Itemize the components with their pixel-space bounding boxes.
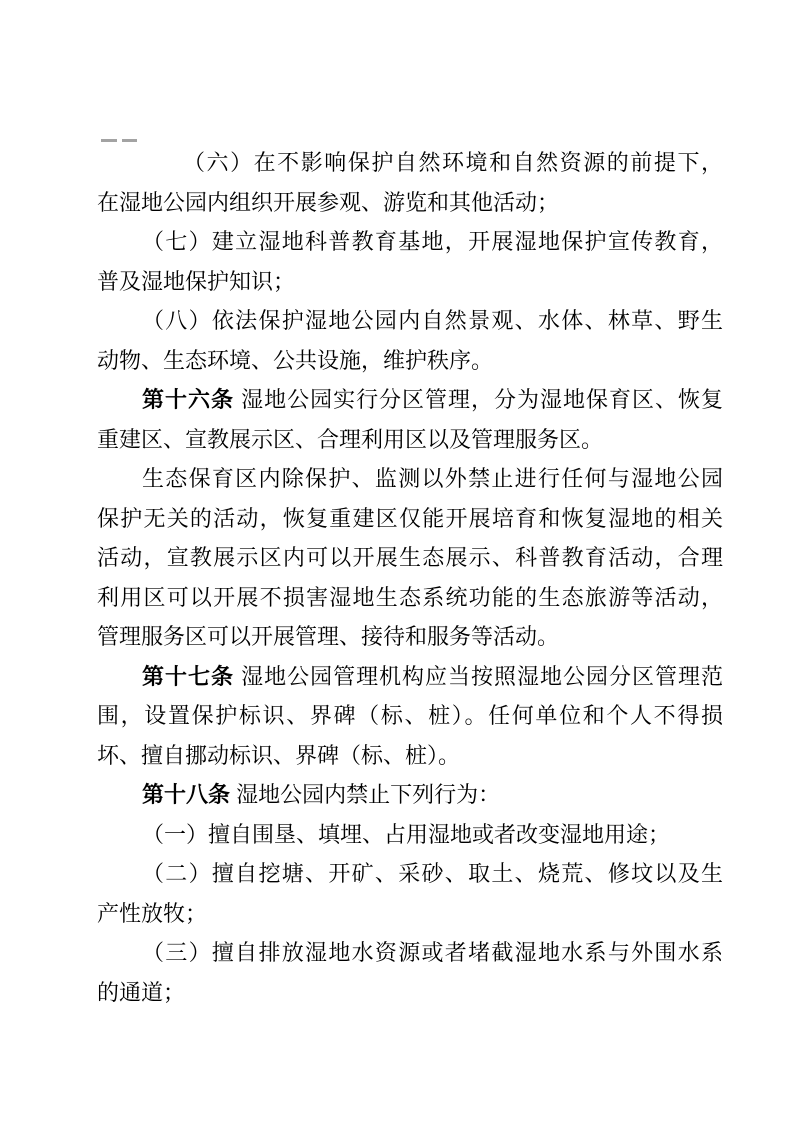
article-16-zones-line-1: 生态保育区内除保护、监测以外禁止进行任何与湿地公园 — [97, 459, 723, 499]
article-16-zones-line-4: 利用区可以开展不损害湿地生态系统功能的生态旅游等活动， — [97, 578, 723, 618]
article-17-line-2: 围，设置保护标识、界碑（标、桩）。任何单位和个人不得损 — [97, 696, 723, 736]
item-2-line-1: （二）擅自挖塘、开矿、采砂、取土、烧荒、修坟以及生 — [97, 854, 723, 894]
article-16-zones-line-3: 活动，宣教展示区内可以开展生态展示、科普教育活动，合理 — [97, 538, 723, 578]
article-16-line-1: 第十六条 湿地公园实行分区管理，分为湿地保育区、恢复 — [97, 380, 723, 420]
item-3-line-2: 的通道； — [97, 973, 723, 1013]
item-2-line-2: 产性放牧； — [97, 894, 723, 934]
article-number: 第十六条 — [142, 387, 234, 412]
item-6-line-2: 在湿地公园内组织开展参观、游览和其他活动； — [97, 183, 723, 223]
article-18-line-1: 第十八条 湿地公园内禁止下列行为： — [97, 775, 723, 815]
item-7-line-2: 普及湿地保护知识； — [97, 262, 723, 302]
article-16-line-2: 重建区、宣教展示区、合理利用区以及管理服务区。 — [97, 420, 723, 460]
article-16-zones-line-5: 管理服务区可以开展管理、接待和服务等活动。 — [97, 617, 723, 657]
item-7-line-1: （七）建立湿地科普教育基地，开展湿地保护宣传教育， — [97, 222, 723, 262]
article-number: 第十八条 — [142, 782, 230, 807]
item-6-line-1: （六）在不影响保护自然环境和自然资源的前提下， — [97, 143, 723, 183]
article-16-zones-line-2: 保护无关的活动，恢复重建区仅能开展培育和恢复湿地的相关 — [97, 499, 723, 539]
dash-mark-2 — [122, 139, 137, 142]
item-1-line-1: （一）擅自围垦、填埋、占用湿地或者改变湿地用途； — [97, 815, 723, 855]
article-number: 第十七条 — [142, 664, 234, 689]
article-17-line-3: 坏、擅自挪动标识、界碑（标、桩）。 — [97, 736, 723, 776]
item-3-line-1: （三）擅自排放湿地水资源或者堵截湿地水系与外围水系 — [97, 933, 723, 973]
dash-mark-1 — [101, 139, 117, 142]
item-8-line-1: （八）依法保护湿地公园内自然景观、水体、林草、野生 — [97, 301, 723, 341]
item-8-line-2: 动物、生态环境、公共设施，维护秩序。 — [97, 341, 723, 381]
article-17-line-1: 第十七条 湿地公园管理机构应当按照湿地公园分区管理范 — [97, 657, 723, 697]
document-page: （六）在不影响保护自然环境和自然资源的前提下，在湿地公园内组织开展参观、游览和其… — [0, 0, 793, 1122]
document-body: （六）在不影响保护自然环境和自然资源的前提下，在湿地公园内组织开展参观、游览和其… — [97, 143, 723, 1012]
